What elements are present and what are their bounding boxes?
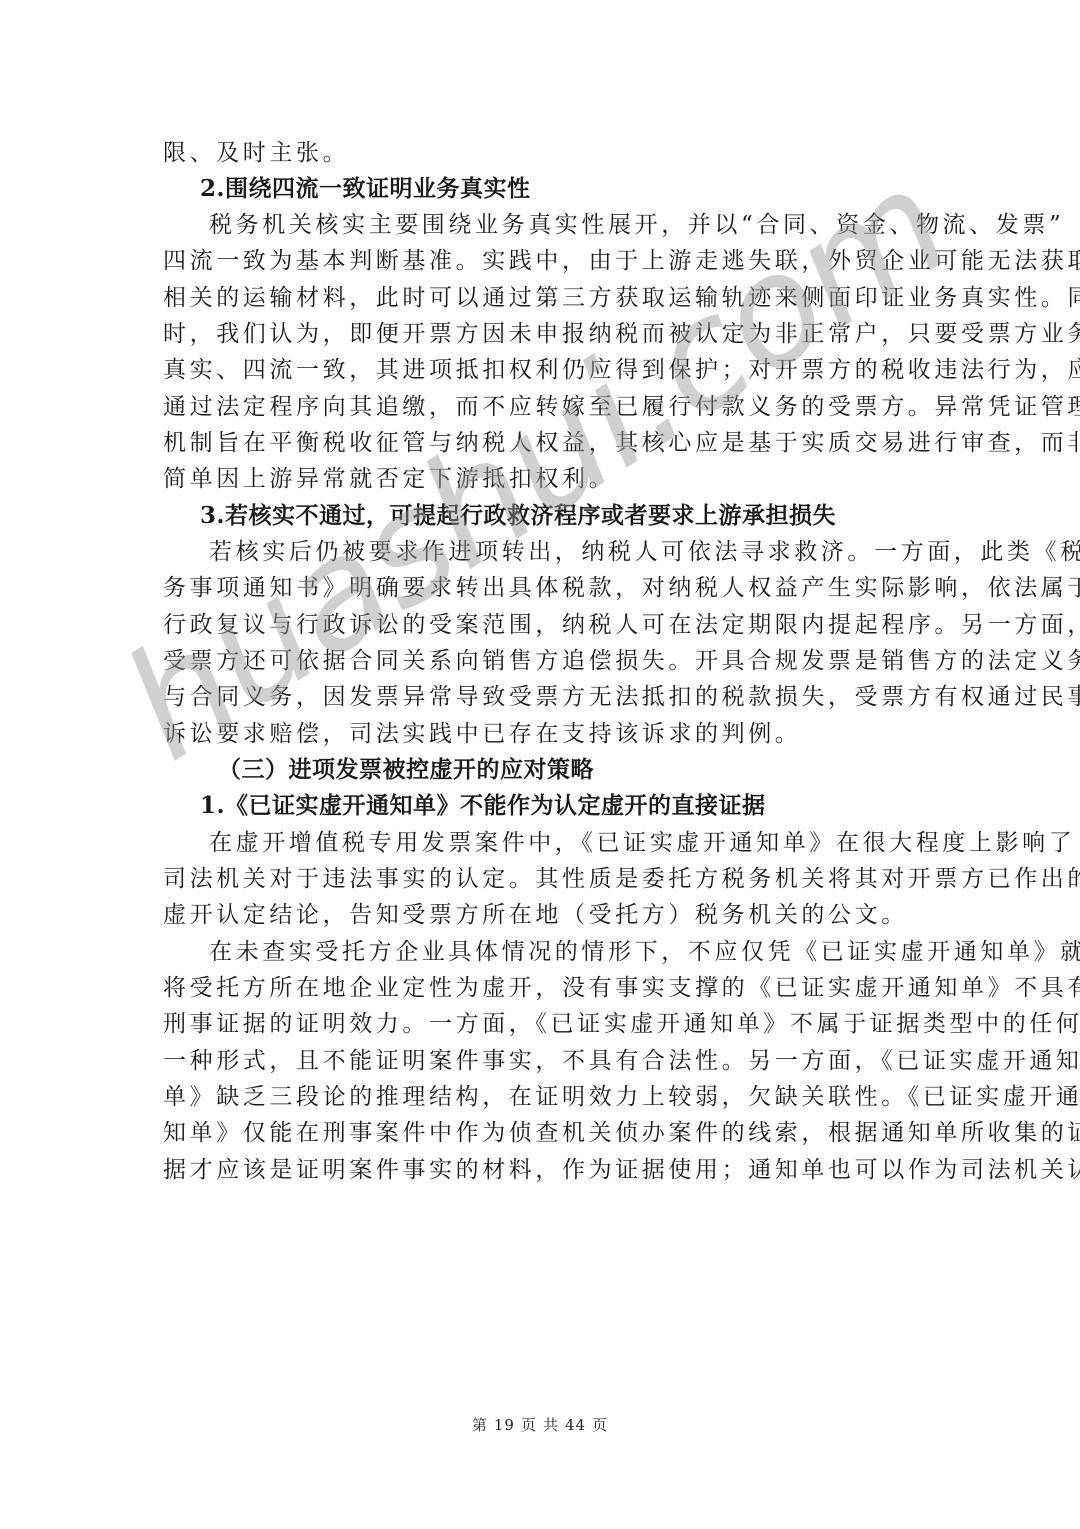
paragraph-line: 时，我们认为，即便开票方因未申报纳税而被认定为非正常户，只要受票方业务 [163,316,919,352]
footer-total-word: 共 [543,1416,559,1434]
paragraph-line: 机制旨在平衡税收征管与纳税人权益，其核心应是基于实质交易进行审查，而非 [163,425,919,461]
paragraph-line: 相关的运输材料，此时可以通过第三方获取运输轨迹来侧面印证业务真实性。同 [163,280,919,316]
total-pages-number: 44 [565,1416,586,1434]
paragraph-line: 若核实后仍被要求作进项转出，纳税人可依法寻求救济。一方面，此类《税 [209,534,919,570]
paragraph-line: 四流一致为基本判断基准。实践中，由于上游走逃失联，外贸企业可能无法获取 [163,243,919,279]
paragraph-line: 诉讼要求赔偿，司法实践中已存在支持该诉求的判例。 [163,716,919,752]
paragraph-line: 务事项通知书》明确要求转出具体税款，对纳税人权益产生实际影响，依法属于 [163,570,919,606]
paragraph-line: 限、及时主张。 [163,135,919,171]
paragraph-line: 行政复议与行政诉讼的受案范围，纳税人可在法定期限内提起程序。另一方面， [163,607,919,643]
section-heading: 1.《已证实虚开通知单》不能作为认定虚开的直接证据 [200,788,956,824]
paragraph-line: 受票方还可依据合同关系向销售方追偿损失。开具合规发票是销售方的法定义务 [163,643,919,679]
paragraph-line: 单》缺乏三段论的推理结构，在证明效力上较弱，欠缺关联性。《已证实虚开通 [163,1079,919,1115]
footer-suffix: 页 [592,1416,608,1434]
current-page-number: 19 [494,1416,515,1434]
footer-prefix: 第 [472,1416,488,1434]
paragraph-line: 在虚开增值税专用发票案件中，《已证实虚开通知单》在很大程度上影响了 [209,825,919,861]
paragraph-line: 将受托方所在地企业定性为虚开，没有事实支撑的《已证实虚开通知单》不具有 [163,970,919,1006]
paragraph-line: 通过法定程序向其追缴，而不应转嫁至已履行付款义务的受票方。异常凭证管理 [163,389,919,425]
paragraph-line: 司法机关对于违法事实的认定。其性质是委托方税务机关将其对开票方已作出的 [163,861,919,897]
paragraph-line: 据才应该是证明案件事实的材料，作为证据使用；通知单也可以作为司法机关认 [163,1152,919,1188]
paragraph-line: 知单》仅能在刑事案件中作为侦查机关侦办案件的线索，根据通知单所收集的证 [163,1115,919,1151]
paragraph-line: 一种形式，且不能证明案件事实，不具有合法性。另一方面，《已证实虚开通知 [163,1043,919,1079]
paragraph-line: 与合同义务，因发票异常导致受票方无法抵扣的税款损失，受票方有权通过民事 [163,679,919,715]
section-heading: 3.若核实不通过，可提起行政救济程序或者要求上游承担损失 [200,498,956,534]
paragraph-line: 虚开认定结论，告知受票方所在地（受托方）税务机关的公文。 [163,897,919,933]
document-page: 限、及时主张。 2.围绕四流一致证明业务真实性 税务机关核实主要围绕业务真实性展… [0,0,1080,1529]
subsection-heading: （三）进项发票被控虚开的应对策略 [218,752,974,788]
paragraph-line: 税务机关核实主要围绕业务真实性展开，并以“合同、资金、物流、发票” [209,207,919,243]
page-footer: 第19页共44页 [0,1414,1080,1435]
paragraph-line: 真实、四流一致，其进项抵扣权利仍应得到保护；对开票方的税收违法行为，应 [163,352,919,388]
footer-page-word: 页 [521,1416,537,1434]
paragraph-line: 简单因上游异常就否定下游抵扣权利。 [163,461,919,497]
paragraph-line: 刑事证据的证明效力。一方面，《已证实虚开通知单》不属于证据类型中的任何 [163,1006,919,1042]
section-heading: 2.围绕四流一致证明业务真实性 [200,171,956,207]
paragraph-line: 在未查实受托方企业具体情况的情形下，不应仅凭《已证实虚开通知单》就 [209,934,919,970]
